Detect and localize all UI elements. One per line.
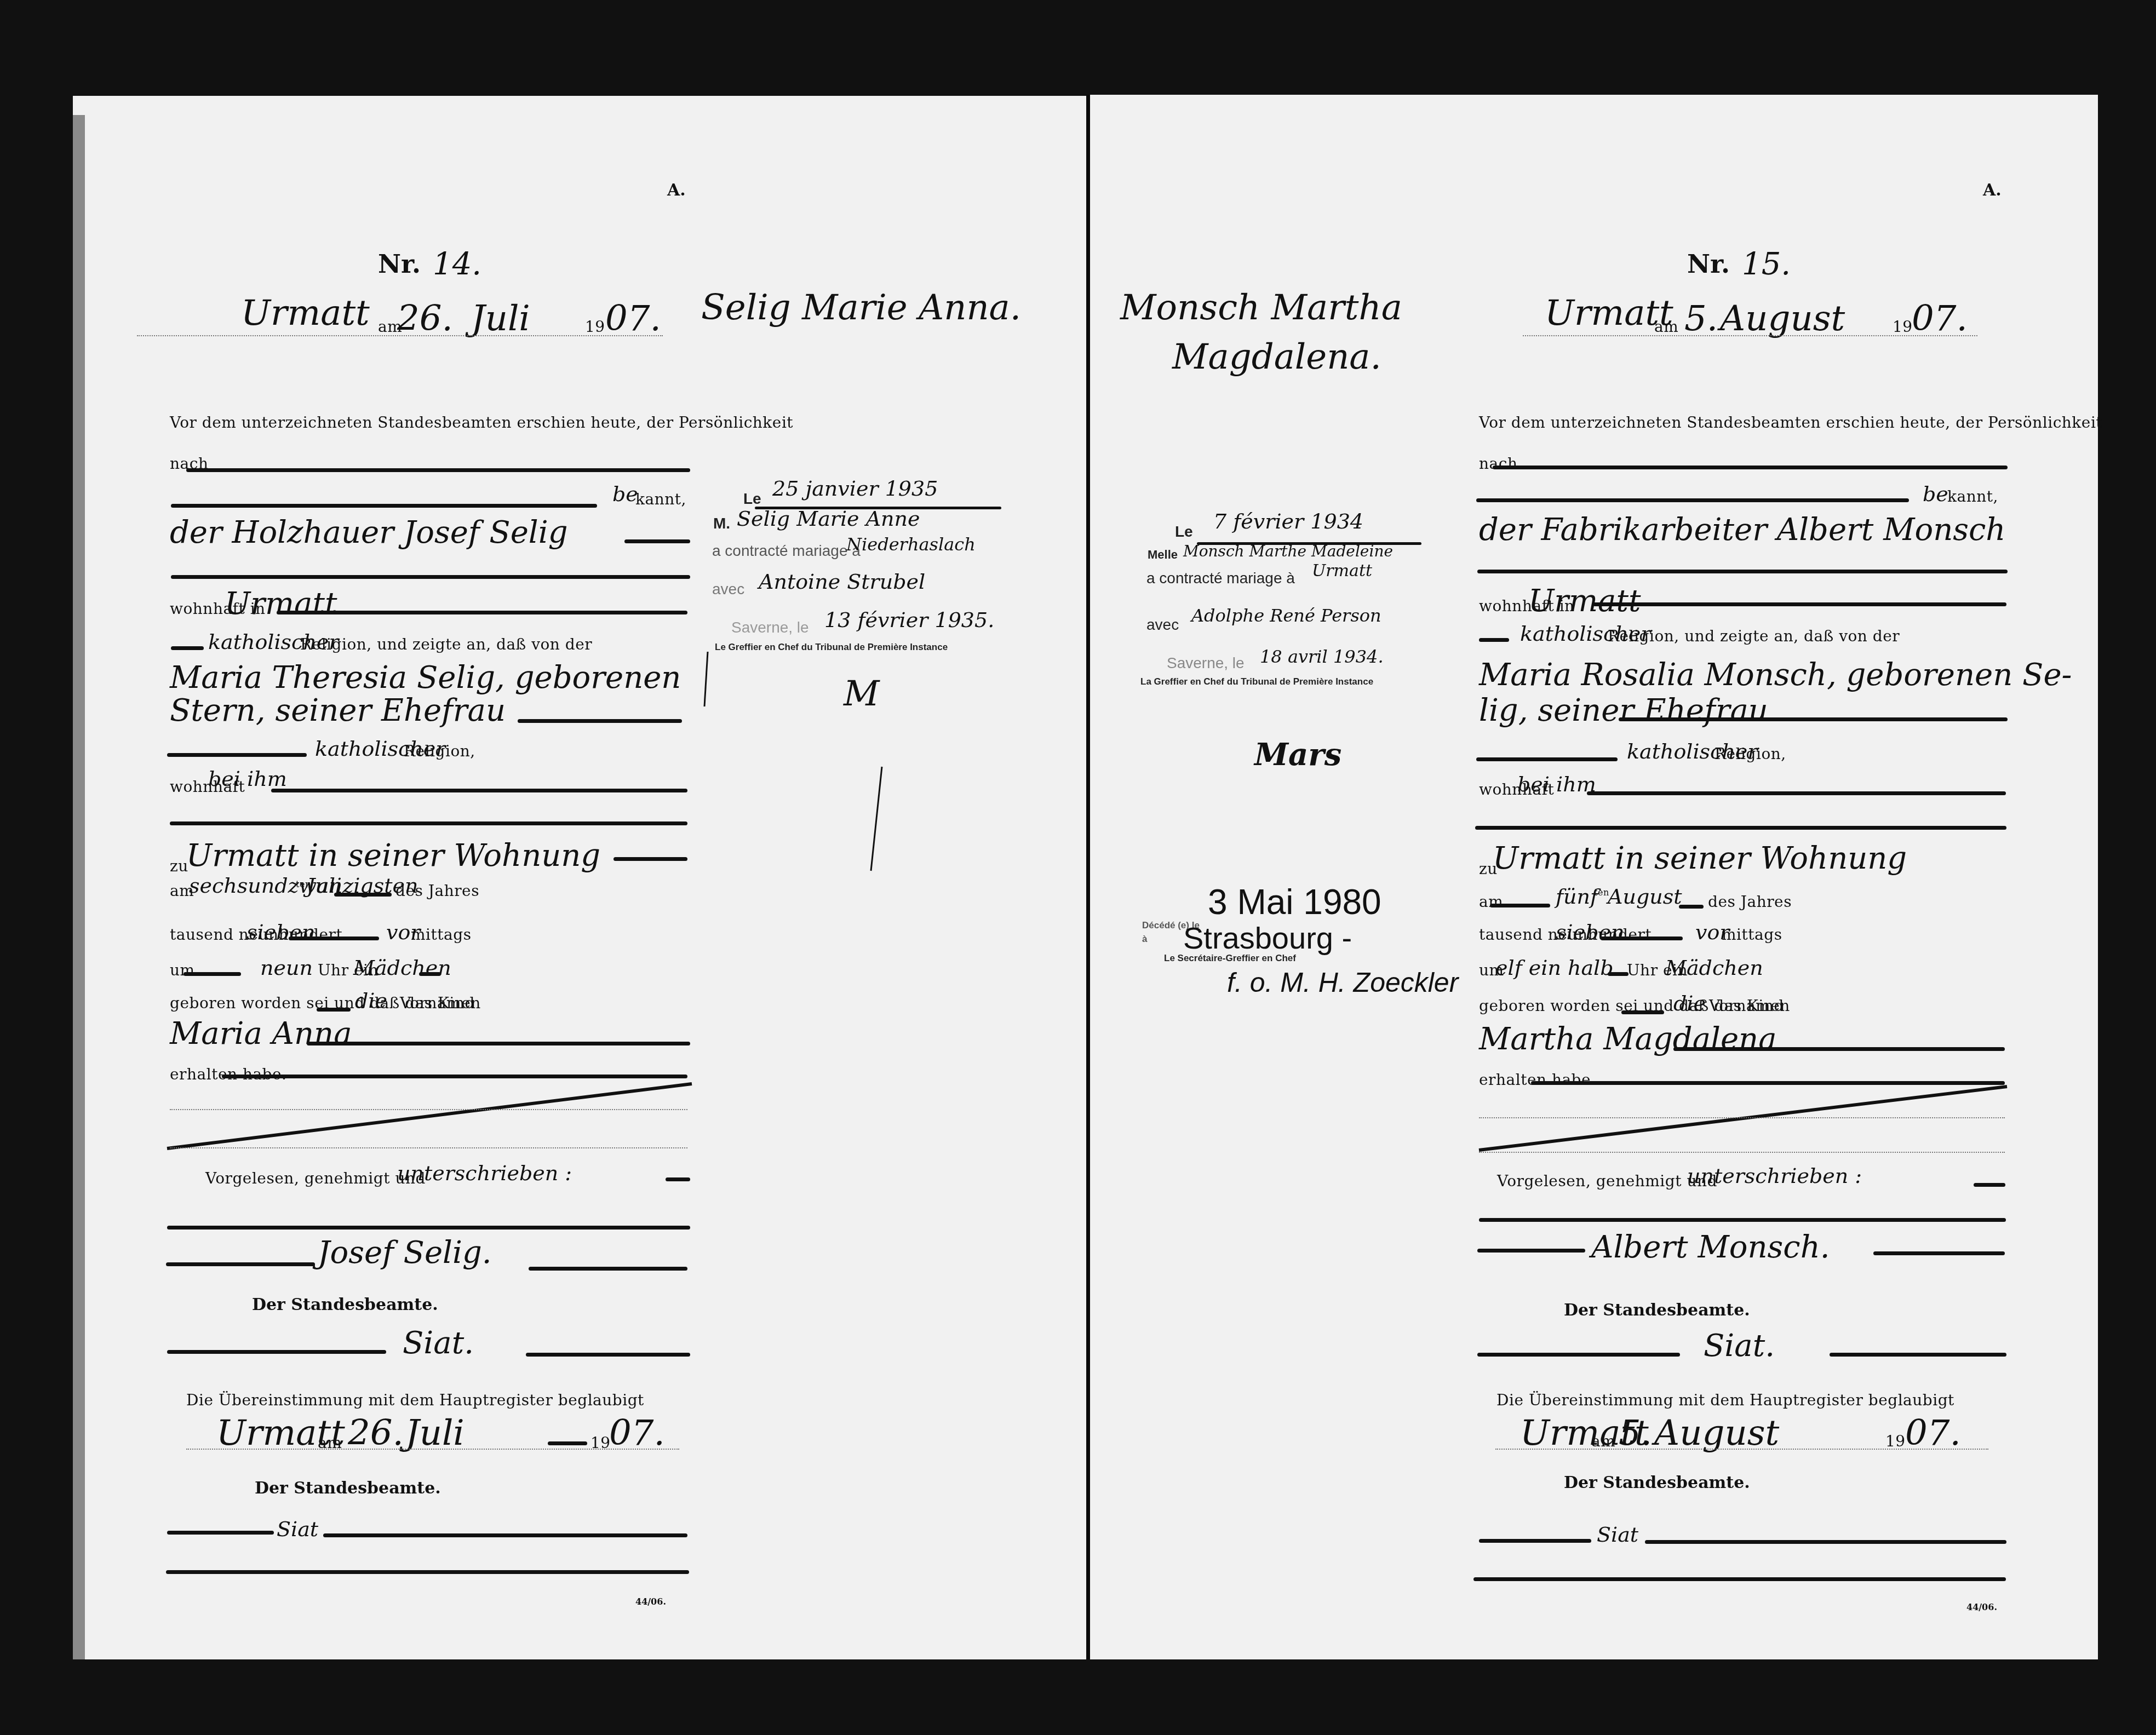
margin-child-name-line1: Monsch Martha [1120, 288, 1402, 328]
stamp-avec: avec [712, 581, 744, 598]
bekannt-hand: be [612, 482, 638, 506]
label-am: am [1479, 893, 1503, 911]
birth-year-words: sieben [1556, 920, 1624, 944]
label-mittags: mittags [411, 926, 472, 944]
filler-line [419, 972, 441, 976]
stamp-avec: avec [1146, 616, 1179, 634]
filler-line [1479, 1218, 2006, 1222]
entry-number: 15. [1742, 246, 1791, 282]
dotted-line [1479, 1152, 2005, 1153]
registrar-signature-2: Siat [1597, 1523, 1638, 1547]
registrar-title: Der Standesbeamte. [252, 1295, 438, 1314]
stamp-le: Le [743, 490, 761, 508]
issue-date: 18 avril 1934. [1260, 646, 1384, 667]
filler-line [171, 575, 690, 579]
informant: der Fabrikarbeiter Albert Monsch [1479, 512, 2005, 548]
bride-name: Selig Marie Anne [737, 507, 920, 531]
filler-line [1479, 1539, 1591, 1543]
entry-number-label: Nr. [378, 249, 421, 279]
label-mittags: mittags [1722, 926, 1782, 944]
filler-line [1477, 570, 2008, 573]
stamp-a: à [1142, 934, 1147, 945]
registrar-title-2: Der Standesbeamte. [255, 1479, 441, 1498]
filler-line [289, 937, 379, 940]
filler-line [1477, 1249, 1585, 1253]
filler-line [171, 504, 597, 508]
cert-day: 5. [1619, 1413, 1652, 1454]
filler-line [323, 1533, 687, 1537]
series-letter: A. [1983, 181, 2002, 200]
filler-line [170, 821, 687, 825]
filler-line [167, 1350, 386, 1354]
filler-line [307, 1042, 690, 1045]
filler-line [1475, 826, 2006, 830]
death-date: 3 Mai 1980 [1208, 882, 1381, 922]
filler-line [1608, 972, 1629, 976]
filler-line [1830, 1353, 2006, 1357]
label-vornamen: Vornamen [1709, 997, 1790, 1015]
filler-line [1479, 638, 1509, 642]
label-vorgelesen: Vorgelesen, genehmigt und [1497, 1172, 1717, 1190]
filler-line [1679, 905, 1704, 909]
religion-text: Religion, [404, 742, 475, 760]
filler-line [1490, 904, 1550, 907]
birth-month: August [1608, 884, 1682, 909]
cert-year-suffix: 07. [609, 1413, 665, 1454]
stamp-m: M. [713, 515, 730, 532]
dotted-line [1479, 1117, 2005, 1118]
form-number: 44/06. [635, 1596, 666, 1607]
filler-line [1673, 1047, 2005, 1051]
stamp-contracte: a contracté mariage à [712, 542, 861, 560]
mother-name-line2: lig, seiner Ehefrau [1479, 693, 1768, 728]
header-year-prefix: 19 [1893, 318, 1913, 336]
header-month: Juli [471, 298, 530, 339]
header-am: am [1654, 318, 1678, 336]
informant: der Holzhauer Josef Selig [170, 515, 568, 550]
informant-residence: Urmatt [1528, 583, 1641, 619]
book-gutter [1086, 95, 1090, 1659]
ordinal-suffix: ten [1594, 887, 1609, 898]
birth-year-words: sieben [246, 920, 315, 944]
mother-residence: bei ihm [1517, 772, 1596, 796]
informant-signature: Albert Monsch. [1591, 1230, 1830, 1265]
filler-line [1621, 1010, 1664, 1014]
stamp-le: Le [1175, 523, 1193, 541]
header-year-suffix: 07. [605, 298, 661, 339]
registrar-title-2: Der Standesbeamte. [1564, 1473, 1750, 1492]
filler-line [1587, 791, 2006, 795]
certification-text: Die Übereinstimmung mit dem Hauptregiste… [186, 1391, 644, 1409]
filler-line [518, 719, 682, 723]
header-day: 26. [397, 298, 453, 339]
header-place: Urmatt [241, 293, 370, 334]
label-um: um [170, 961, 195, 979]
filler-line [548, 1441, 587, 1445]
child-given-names: Martha Magdalena [1479, 1021, 1777, 1057]
registrar-signature: Siat. [403, 1325, 474, 1361]
child-article: die [1673, 991, 1706, 1015]
dotted-line [186, 1449, 679, 1450]
filler-line [1493, 466, 2008, 469]
filler-line [1593, 602, 2006, 606]
filler-line [167, 1531, 274, 1535]
filler-line [624, 539, 690, 543]
spouse-name: Adolphe René Person [1191, 605, 1381, 626]
filler-line [1476, 757, 1618, 761]
label-vornamen: Vornamen [400, 994, 481, 1012]
header-day: 5. [1684, 298, 1718, 339]
stamp-secretaire: Le Secrétaire-Greffier en Chef [1164, 953, 1296, 964]
filler-line [1619, 717, 2008, 721]
ink-stroke [701, 646, 920, 893]
stamp-greffier: La Greffier en Chef du Tribunal de Premi… [1140, 676, 1373, 687]
label-vorgelesen: Vorgelesen, genehmigt und [205, 1169, 426, 1187]
intro-line: Vor dem unterzeichneten Standesbeamten e… [170, 413, 793, 432]
bekannt-print: kannt, [1947, 487, 1998, 505]
informant-residence: Urmatt [225, 586, 337, 622]
page-edge [73, 115, 85, 1659]
dotted-line [1495, 1449, 1988, 1450]
label-zu: zu [170, 857, 188, 875]
margin-child-name: Selig Marie Anna. [701, 288, 1021, 328]
registrar-title: Der Standesbeamte. [1564, 1301, 1750, 1320]
mother-name-line1: Maria Theresia Selig, geborenen [170, 660, 681, 696]
child-article: die [355, 989, 387, 1013]
filler-line [184, 972, 241, 976]
stamp-mlle: Melle [1148, 548, 1178, 562]
bride-name: Monsch Marthe Madeleine [1183, 542, 1393, 560]
bekannt-hand: be [1923, 482, 1948, 506]
mother-residence: bei ihm [208, 767, 287, 791]
marriage-place: Niederhaslach [846, 534, 976, 555]
series-letter: A. [667, 181, 686, 200]
informant-signature: Josef Selig. [318, 1235, 492, 1271]
birth-place: Urmatt in seiner Wohnung [1493, 841, 1907, 876]
filler-line [277, 611, 687, 614]
dotted-line [170, 1109, 687, 1110]
cert-am: am [1591, 1432, 1615, 1450]
religion-text: Religion, [1715, 745, 1786, 763]
child-given-names: Maria Anna [170, 1016, 352, 1052]
bekannt-print: kannt, [635, 490, 686, 508]
filler-line [1477, 1353, 1680, 1357]
filler-line [317, 1008, 351, 1012]
intro-line: Vor dem unterzeichneten Standesbeamten e… [1479, 413, 2102, 432]
cancel-stroke [167, 1082, 693, 1153]
stamp-contracte: a contracté mariage à [1146, 570, 1295, 587]
stamp-saverne: Saverne, le [731, 619, 809, 636]
filler-line [166, 1570, 689, 1574]
filler-line [334, 893, 392, 897]
unterschrieben: unterschrieben : [397, 1161, 572, 1185]
label-des-jahres: des Jahres [395, 882, 479, 900]
header-month: August [1720, 298, 1845, 339]
filler-line [613, 857, 687, 861]
certification-text: Die Übereinstimmung mit dem Hauptregiste… [1496, 1391, 1954, 1409]
unterschrieben: unterschrieben : [1687, 1164, 1862, 1188]
death-signature: f. o. M. H. Zoeckler [1227, 967, 1458, 998]
religion-text: Religion, und zeigte an, daß von der [300, 635, 592, 653]
filler-line [166, 1262, 315, 1266]
header-year-prefix: 19 [585, 318, 605, 336]
form-number: 44/06. [1966, 1602, 1997, 1612]
spouse-name: Antoine Strubel [759, 570, 925, 594]
cert-month: Juli [405, 1413, 465, 1454]
marriage-place: Urmatt [1312, 561, 1372, 581]
entry-number: 14. [433, 246, 481, 282]
cert-month: August [1654, 1413, 1779, 1454]
filler-line [1645, 1540, 2006, 1544]
filler-line [1601, 937, 1683, 940]
filler-line [526, 1353, 690, 1357]
filler-line [222, 1075, 687, 1078]
birth-hour: elf ein halb [1495, 956, 1614, 980]
dotted-line [1523, 335, 1977, 336]
child-sex: Mädchen [1665, 956, 1763, 980]
greffier-signature: Mars [1254, 737, 1341, 773]
filler-line [1476, 498, 1909, 502]
margin-child-name-line2: Magdalena. [1172, 337, 1381, 377]
cancel-stroke [1478, 1084, 2009, 1156]
filler-line [666, 1177, 690, 1181]
birth-place: Urmatt in seiner Wohnung [186, 838, 600, 874]
filler-line [1473, 1577, 2006, 1581]
header-year-suffix: 07. [1912, 298, 1968, 339]
birth-day-words: fünf [1556, 884, 1598, 909]
cert-year-prefix: 19 [1885, 1432, 1906, 1450]
death-place: Strasbourg - [1183, 920, 1352, 956]
birth-hour: neun [260, 956, 313, 980]
mother-name-line2: Stern, seiner Ehefrau [170, 693, 506, 728]
label-nach: nach [1479, 455, 1517, 473]
marriage-date: 7 février 1934 [1213, 509, 1363, 533]
filler-line [1974, 1183, 2005, 1187]
cert-year-suffix: 07. [1905, 1413, 1961, 1454]
label-des-jahres: des Jahres [1708, 893, 1792, 911]
filler-line [167, 753, 307, 757]
mother-name-line1: Maria Rosalia Monsch, geborenen Se- [1479, 657, 2072, 693]
filler-line [1873, 1251, 2005, 1255]
filler-line [167, 1226, 690, 1230]
filler-line [186, 468, 690, 472]
entry-number-label: Nr. [1687, 249, 1730, 279]
cert-day: 26. [348, 1413, 404, 1454]
dotted-line [137, 335, 663, 336]
filler-line [529, 1267, 687, 1271]
registrar-signature-2: Siat [277, 1517, 318, 1541]
child-sex: Mädchen [353, 956, 451, 980]
marriage-date: 25 janvier 1935 [772, 476, 938, 501]
dotted-line [170, 1147, 687, 1148]
filler-line [171, 646, 204, 650]
issue-date: 13 février 1935. [824, 608, 994, 632]
filler-line [271, 789, 687, 792]
stamp-saverne: Saverne, le [1167, 654, 1245, 672]
religion-text: Religion, und zeigte an, daß von der [1608, 627, 1900, 645]
registrar-signature: Siat. [1704, 1328, 1775, 1364]
